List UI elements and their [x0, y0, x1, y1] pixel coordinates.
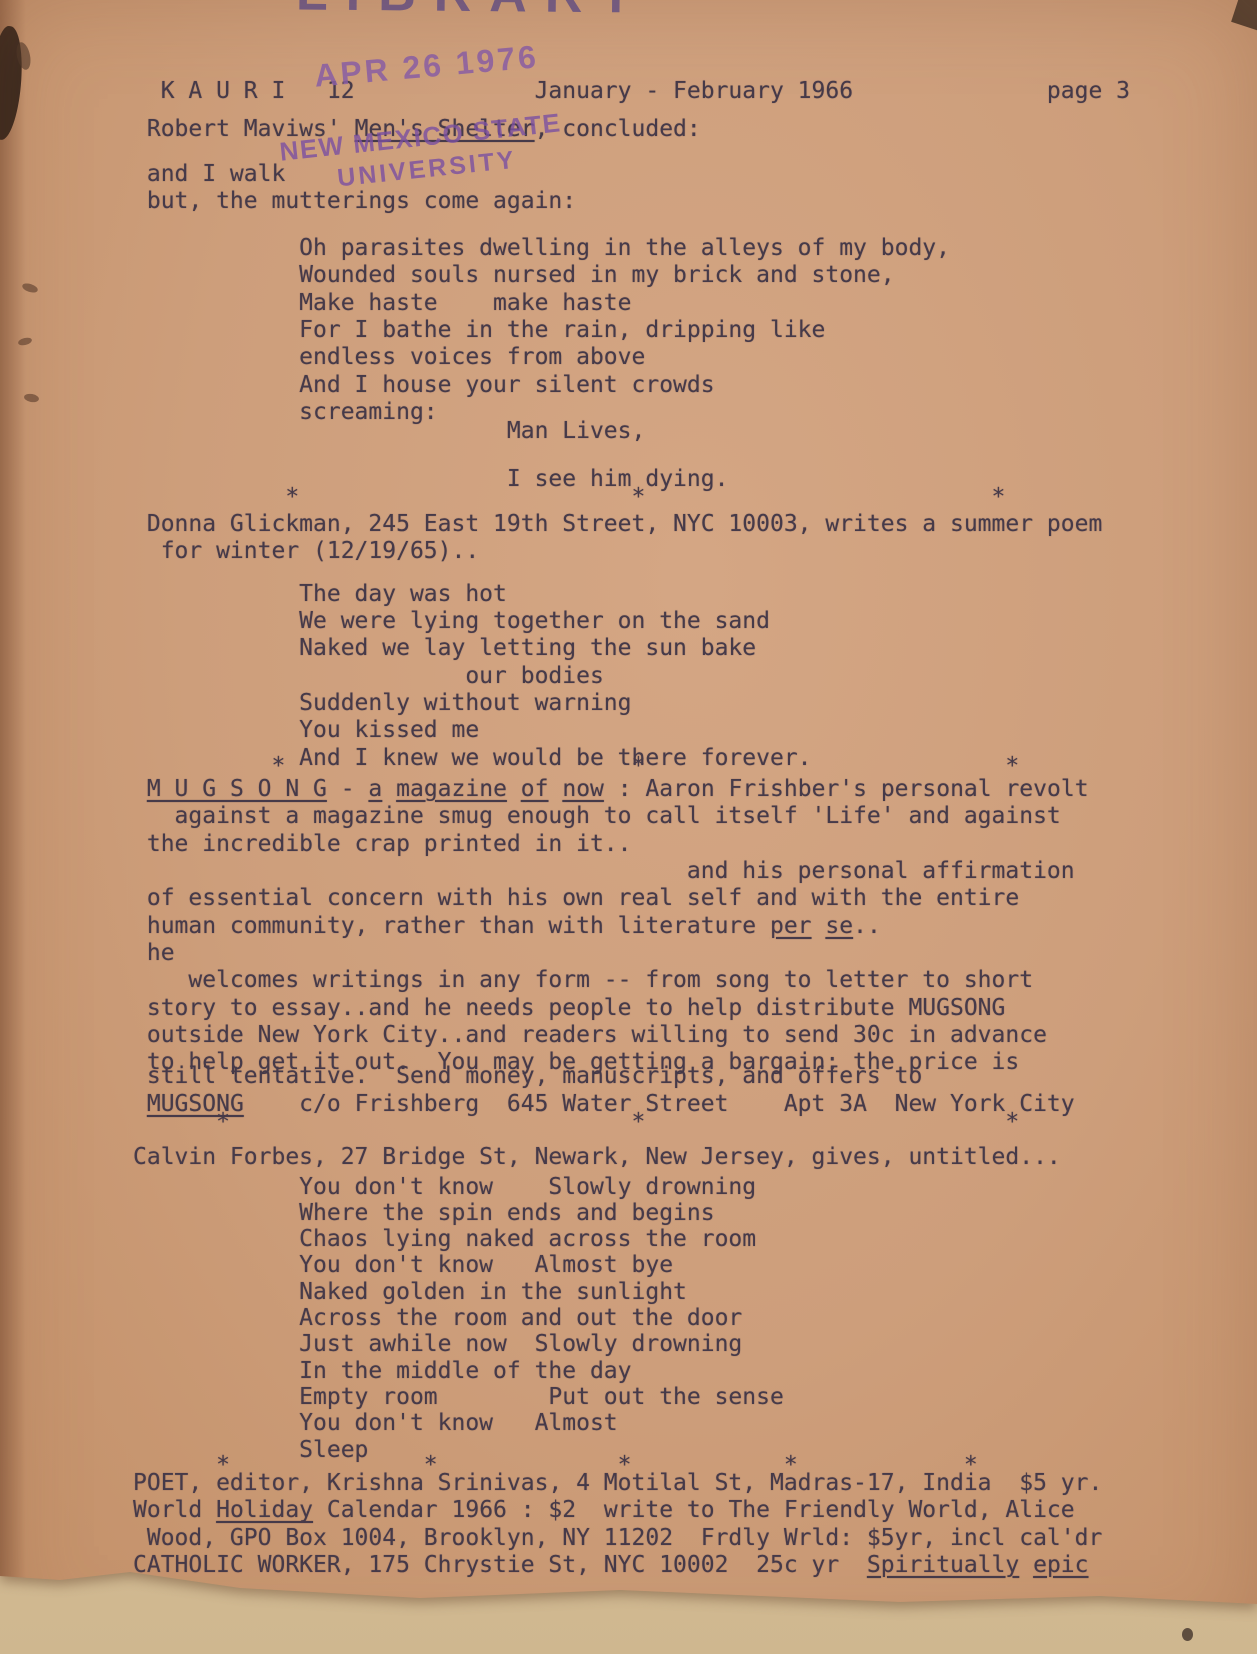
text-line: M U G S O N G - a magazine of now : Aaro… — [133, 776, 1223, 803]
text-segment: And I house your silent crowds — [133, 372, 715, 398]
text-line: And I house your silent crowds — [133, 372, 1223, 399]
text-line: POET, editor, Krishna Srinivas, 4 Motila… — [133, 1470, 1223, 1497]
document-text: K A U R I 12 January - February 1966 pag… — [133, 78, 1223, 1579]
text-line: In the middle of the day — [133, 1358, 1223, 1385]
text-line: Naked we lay letting the sun bake — [133, 635, 1223, 662]
text-segment: .. — [853, 913, 881, 939]
text-line: of essential concern with his own real s… — [133, 885, 1223, 912]
text-segment — [382, 776, 396, 802]
text-segment: You don't know Slowly drowning — [133, 1174, 756, 1200]
text-segment — [507, 776, 521, 802]
text-line: For I bathe in the rain, dripping like — [133, 317, 1223, 344]
text-segment: * * * — [133, 484, 1005, 510]
text-line: outside New York City..and readers willi… — [133, 1022, 1223, 1049]
text-line: welcomes writings in any form -- from so… — [133, 967, 1223, 994]
text-segment: our bodies — [133, 663, 604, 689]
underlined-text: se — [825, 913, 853, 939]
text-segment: : Aaron Frishber's personal revolt — [604, 776, 1089, 802]
text-line: World Holiday Calendar 1966 : $2 write t… — [133, 1497, 1223, 1524]
text-segment: - — [327, 776, 369, 802]
text-line: endless voices from above — [133, 344, 1223, 371]
text-segment: * * * — [133, 753, 1019, 779]
text-line: Chaos lying naked across the room — [133, 1226, 1223, 1253]
text-segment: he — [133, 940, 175, 966]
text-line: Wood, GPO Box 1004, Brooklyn, NY 11202 F… — [133, 1525, 1223, 1552]
text-line: human community, rather than with litera… — [133, 913, 1223, 940]
text-line: We were lying together on the sand — [133, 608, 1223, 635]
text-line: Suddenly without warning — [133, 690, 1223, 717]
text-segment: but, the mutterings come again: — [133, 188, 576, 214]
text-segment: In the middle of the day — [133, 1358, 632, 1384]
text-line: You don't know Almost bye — [133, 1252, 1223, 1279]
text-line: story to essay..and he needs people to h… — [133, 995, 1223, 1022]
text-segment: the incredible crap printed in it.. — [133, 831, 632, 857]
text-segment: Where the spin ends and begins — [133, 1200, 715, 1226]
text-segment: You don't know Almost — [133, 1410, 618, 1436]
text-segment — [133, 776, 147, 802]
text-segment: against a magazine smug enough to call i… — [133, 803, 1061, 829]
underlined-text: Spiritually — [867, 1552, 1019, 1578]
text-segment — [812, 913, 826, 939]
torn-left-edge — [0, 0, 26, 1654]
scanned-page-wrapper: K A U R I 12 January - February 1966 pag… — [0, 0, 1257, 1654]
text-line: You don't know Slowly drowning — [133, 1174, 1223, 1201]
text-segment: Just awhile now Slowly drowning — [133, 1331, 742, 1357]
text-segment: of essential concern with his own real s… — [133, 885, 1019, 911]
text-segment: Man Lives, — [133, 418, 645, 444]
text-line: against a magazine smug enough to call i… — [133, 803, 1223, 830]
text-line: Naked golden in the sunlight — [133, 1279, 1223, 1306]
text-line: Make haste make haste — [133, 290, 1223, 317]
text-segment: POET, editor, Krishna Srinivas, 4 Motila… — [133, 1470, 1102, 1496]
text-line: Just awhile now Slowly drowning — [133, 1331, 1223, 1358]
text-line: the incredible crap printed in it.. — [133, 831, 1223, 858]
text-line: but, the mutterings come again: — [133, 188, 1223, 215]
text-line: and his personal affirmation — [133, 858, 1223, 885]
underlined-text: per — [770, 913, 812, 939]
text-segment: * * * — [133, 1109, 1019, 1135]
text-line: Donna Glickman, 245 East 19th Street, NY… — [133, 511, 1223, 538]
text-segment: CATHOLIC WORKER, 175 Chrystie St, NYC 10… — [133, 1552, 867, 1578]
document-lines: K A U R I 12 January - February 1966 pag… — [133, 78, 1223, 1579]
text-line: still tentative. Send money, manuscripts… — [133, 1063, 1223, 1090]
text-segment: welcomes writings in any form -- from so… — [133, 967, 1033, 993]
text-segment: Suddenly without warning — [133, 690, 632, 716]
underlined-text: magazine — [396, 776, 507, 802]
text-segment: K A U R I 12 January - February 1966 pag… — [133, 78, 1130, 104]
text-segment: You kissed me — [133, 717, 479, 743]
paper-speck — [1182, 1628, 1193, 1641]
text-line: Empty room Put out the sense — [133, 1384, 1223, 1411]
text-segment: Naked we lay letting the sun bake — [133, 635, 756, 661]
text-line: You don't know Almost — [133, 1410, 1223, 1437]
text-segment: Wounded souls nursed in my brick and sto… — [133, 262, 895, 288]
text-line: CATHOLIC WORKER, 175 Chrystie St, NYC 10… — [133, 1552, 1223, 1579]
text-segment: Empty room Put out the sense — [133, 1384, 784, 1410]
dark-corner-top-right — [1231, 0, 1257, 30]
text-segment: and I walk — [133, 161, 285, 187]
text-line: Calvin Forbes, 27 Bridge St, Newark, New… — [133, 1144, 1223, 1171]
text-segment: Naked golden in the sunlight — [133, 1279, 687, 1305]
text-segment: for winter (12/19/65).. — [133, 538, 479, 564]
text-line: Across the room and out the door — [133, 1305, 1223, 1332]
text-line: our bodies — [133, 663, 1223, 690]
text-segment: and his personal affirmation — [133, 858, 1075, 884]
underlined-text: a — [368, 776, 382, 802]
scan-background: { "header": { "publication": "K A U R I"… — [0, 0, 1257, 1654]
text-segment — [548, 776, 562, 802]
scanned-page: K A U R I 12 January - February 1966 pag… — [0, 0, 1257, 1654]
text-segment: endless voices from above — [133, 344, 645, 370]
text-segment: World — [133, 1497, 216, 1523]
text-segment: You don't know Almost bye — [133, 1252, 673, 1278]
underlined-text: epic — [1033, 1552, 1088, 1578]
text-line: Where the spin ends and begins — [133, 1200, 1223, 1227]
text-line: Man Lives, — [133, 418, 1223, 445]
text-line: Oh parasites dwelling in the alleys of m… — [133, 235, 1223, 262]
underlined-text: M U G S O N G — [147, 776, 327, 802]
text-segment — [1019, 1552, 1033, 1578]
text-line: K A U R I 12 January - February 1966 pag… — [133, 78, 1223, 105]
underlined-text: now — [562, 776, 604, 802]
library-stamp: LIBRARY — [296, 0, 652, 26]
text-line: You kissed me — [133, 717, 1223, 744]
text-line: * * * — [133, 484, 1223, 511]
text-segment: Across the room and out the door — [133, 1305, 742, 1331]
text-segment: Calendar 1966 : $2 write to The Friendly… — [313, 1497, 1075, 1523]
text-segment: story to essay..and he needs people to h… — [133, 995, 1005, 1021]
text-segment: still tentative. Send money, manuscripts… — [133, 1063, 922, 1089]
text-segment: We were lying together on the sand — [133, 608, 770, 634]
text-line: he — [133, 940, 1223, 967]
text-segment: Calvin Forbes, 27 Bridge St, Newark, New… — [133, 1144, 1061, 1170]
text-segment: Wood, GPO Box 1004, Brooklyn, NY 11202 F… — [133, 1525, 1102, 1551]
text-segment: human community, rather than with litera… — [133, 913, 770, 939]
text-segment: The day was hot — [133, 581, 507, 607]
text-segment: Donna Glickman, 245 East 19th Street, NY… — [133, 511, 1102, 537]
text-segment: Oh parasites dwelling in the alleys of m… — [133, 235, 950, 261]
text-line: Wounded souls nursed in my brick and sto… — [133, 262, 1223, 289]
text-segment: For I bathe in the rain, dripping like — [133, 317, 825, 343]
text-line: The day was hot — [133, 581, 1223, 608]
text-segment: outside New York City..and readers willi… — [133, 1022, 1047, 1048]
underlined-text: of — [521, 776, 549, 802]
text-segment: Chaos lying naked across the room — [133, 1226, 756, 1252]
text-line: for winter (12/19/65).. — [133, 538, 1223, 565]
text-segment: Make haste make haste — [133, 290, 632, 316]
underlined-text: Holiday — [216, 1497, 313, 1523]
